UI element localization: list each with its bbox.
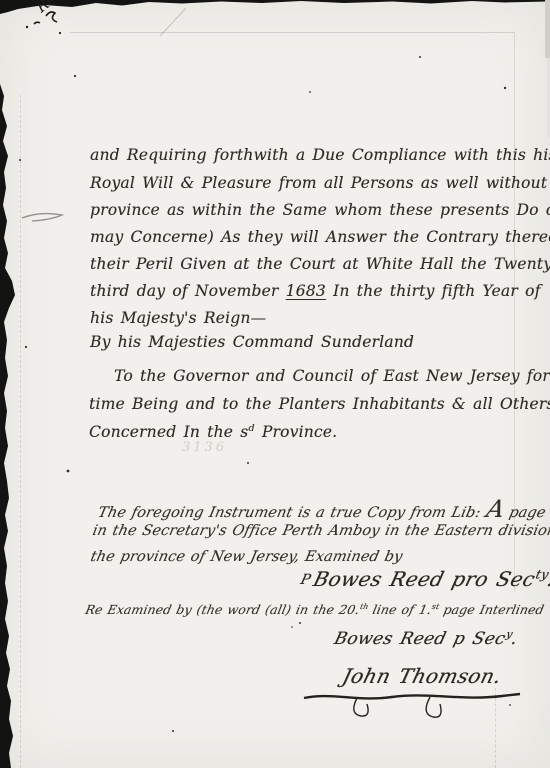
- manuscript-line: By his Majesties Command Sunderland: [90, 333, 414, 351]
- faint-stamp-number: 3136: [182, 440, 227, 455]
- signature-bowes-reed-1: PBowes Reed pro Secty.: [298, 567, 550, 591]
- manuscript-line: time Being and to the Planters Inhabitan…: [89, 395, 550, 413]
- signature-text: Bowes Reed p Sec: [332, 629, 508, 649]
- address-text: Concerned In the s: [89, 423, 248, 441]
- manuscript-line: his Majesty's Reign—: [90, 309, 266, 327]
- reexamination-note: Re Examined by (the word (all) in the 20…: [84, 602, 545, 617]
- manuscript-line: Royal Will & Pleasure from all Persons a…: [90, 174, 550, 192]
- manuscript-line: province as within the Same whom these p…: [90, 201, 550, 219]
- note-text: page Interlined: [437, 602, 545, 617]
- attestation-text: page 1: [502, 505, 550, 521]
- torn-corner-writing: Re: [33, 0, 60, 16]
- date-text: In the thirty fifth Year of: [326, 282, 541, 300]
- signature-john-thomson: John Thomson.: [340, 664, 504, 688]
- address-text: Province.: [255, 423, 338, 441]
- crease-scribble: [22, 214, 62, 221]
- per-mark: P: [299, 572, 313, 588]
- page-fold-line-left: [20, 95, 22, 768]
- signature-text: Bowes Reed pro Sec: [311, 567, 538, 591]
- manuscript-line: To the Governor and Council of East New …: [114, 367, 550, 385]
- manuscript-line: Concerned In the sd Province.: [89, 423, 337, 441]
- manuscript-line-date: third day of November 1683 In the thirty…: [90, 282, 541, 300]
- date-text: third day of November: [90, 282, 286, 300]
- attestation-line: The foregoing Instrument is a true Copy …: [96, 495, 550, 523]
- page-fold-line-bottom-right: [495, 688, 497, 768]
- signature-flourish: [302, 688, 522, 722]
- page-fold-line-top: [70, 32, 514, 33]
- manuscript-line: and Requiring forthwith a Due Compliance…: [90, 146, 550, 164]
- manuscript-line: may Concerne) As they will Answer the Co…: [90, 228, 550, 246]
- manuscript-line: their Peril Given at the Court at White …: [90, 255, 550, 273]
- note-text: line of 1.: [366, 602, 433, 617]
- manuscript-page-scan: Re and Requiring forthwith a Due Complia…: [0, 0, 550, 768]
- attestation-line: the province of New Jersey, Examined by: [89, 549, 404, 565]
- attestation-line: in the Secretary's Office Perth Amboy in…: [91, 523, 550, 539]
- note-text: Re Examined by (the word (all) in the 20…: [84, 602, 361, 617]
- underlined-year: 1683: [286, 282, 326, 300]
- signature-bowes-reed-2: Bowes Reed p Secy.: [332, 629, 520, 649]
- attestation-text: The foregoing Instrument is a true Copy …: [96, 505, 487, 521]
